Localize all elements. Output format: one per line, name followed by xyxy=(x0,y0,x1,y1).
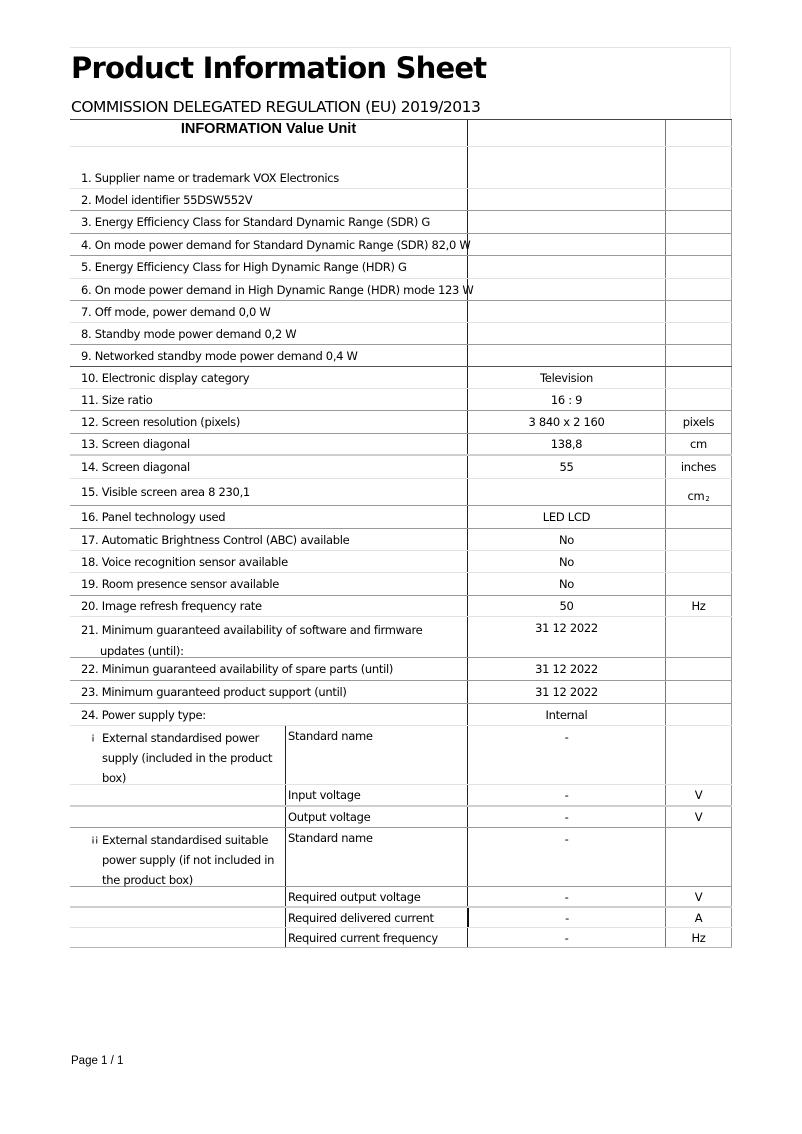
item-label: 15. Visible screen area 8 230,1 xyxy=(70,479,467,505)
header-unit-cell xyxy=(665,120,732,146)
table-row: 10. Electronic display categoryTelevisio… xyxy=(70,367,732,389)
table-row: 18. Voice recognition sensor availableNo xyxy=(70,551,732,573)
table-row: 16. Panel technology usedLED LCD xyxy=(70,506,732,529)
item-label-text: 2. Model identifier 55DSW552V xyxy=(81,193,252,207)
item-unit: Hz xyxy=(665,596,732,616)
item-label: 20. Image refresh frequency rate xyxy=(70,596,467,616)
table-header-row: INFORMATION Value Unit xyxy=(70,119,732,147)
item-value xyxy=(467,211,665,233)
item-unit xyxy=(665,367,732,388)
table-row: 20. Image refresh frequency rate50Hz xyxy=(70,596,732,617)
document-title: Product Information Sheet xyxy=(71,48,486,88)
param-label: Required delivered current xyxy=(285,908,467,927)
item-label-text: 11. Size ratio xyxy=(81,393,153,407)
table-row: 24. Power supply type:Internal xyxy=(70,704,732,726)
item-value xyxy=(467,189,665,210)
table-row: 1. Supplier name or trademark VOX Electr… xyxy=(70,147,732,189)
item-label-text: 10. Electronic display category xyxy=(81,371,249,385)
item-label: 5. Energy Efficiency Class for High Dyna… xyxy=(70,256,467,278)
item-value xyxy=(467,323,665,344)
param-label: Output voltage xyxy=(285,807,467,827)
item-label-text: 1. Supplier name or trademark VOX Electr… xyxy=(81,171,339,185)
page-indicator: Page 1 / 1 xyxy=(71,1055,123,1067)
item-unit: pixels xyxy=(665,411,732,433)
item-label-text: 17. Automatic Brightness Control (ABC) a… xyxy=(81,533,349,547)
item-label-text: 20. Image refresh frequency rate xyxy=(81,599,262,613)
item-unit xyxy=(665,658,732,680)
item-unit xyxy=(665,506,732,528)
item-label-text: 6. On mode power demand in High Dynamic … xyxy=(81,283,473,297)
item-value: No xyxy=(467,551,665,572)
information-table: INFORMATION Value Unit 1. Supplier name … xyxy=(70,119,732,948)
table-row: 15. Visible screen area 8 230,1cm2 xyxy=(70,479,732,506)
item-unit xyxy=(665,189,732,210)
table-row: 12. Screen resolution (pixels)3 840 x 2 … xyxy=(70,411,732,434)
power-supply-i-description: External standardised power supply (incl… xyxy=(102,726,285,788)
power-supply-i-output-row: Output voltage - V xyxy=(70,807,732,828)
item-label-text: 16. Panel technology used xyxy=(81,510,225,524)
item-value: 16 : 9 xyxy=(467,389,665,410)
item-unit xyxy=(665,389,732,410)
item-label-text: 24. Power supply type: xyxy=(81,708,206,722)
item-label: 21. Minimum guaranteed availability of s… xyxy=(70,617,467,657)
item-label-text: 23. Minimum guaranteed product support (… xyxy=(81,685,347,699)
item-label-text: 8. Standby mode power demand 0,2 W xyxy=(81,327,296,341)
power-supply-ii-current-row: Required delivered current - A xyxy=(70,908,732,928)
table-row: 5. Energy Efficiency Class for High Dyna… xyxy=(70,256,732,279)
item-label-text: 5. Energy Efficiency Class for High Dyna… xyxy=(81,260,407,274)
item-unit xyxy=(665,345,732,366)
item-label: 6. On mode power demand in High Dynamic … xyxy=(70,279,467,300)
item-label: 4. On mode power demand for Standard Dyn… xyxy=(70,234,467,255)
item-label: 13. Screen diagonal xyxy=(70,434,467,454)
item-value: 31 12 2022 xyxy=(467,617,665,657)
item-value: 31 12 2022 xyxy=(467,658,665,680)
item-label-text: 18. Voice recognition sensor available xyxy=(81,555,288,569)
item-unit xyxy=(665,234,732,255)
regulation-subtitle: COMMISSION DELEGATED REGULATION (EU) 201… xyxy=(71,96,480,118)
item-label-text: 15. Visible screen area 8 230,1 xyxy=(81,485,250,499)
item-label: 18. Voice recognition sensor available xyxy=(70,551,467,572)
param-unit: V xyxy=(665,807,732,827)
table-row: 6. On mode power demand in High Dynamic … xyxy=(70,279,732,301)
table-row: 22. Minimun guaranteed availability of s… xyxy=(70,658,732,681)
item-unit xyxy=(665,147,732,188)
table-row: 8. Standby mode power demand 0,2 W xyxy=(70,323,732,345)
item-label: 23. Minimum guaranteed product support (… xyxy=(70,681,467,703)
item-label-text: 13. Screen diagonal xyxy=(81,437,190,451)
item-label-text: 9. Networked standby mode power demand 0… xyxy=(81,349,358,363)
table-row: 23. Minimum guaranteed product support (… xyxy=(70,681,732,704)
item-unit xyxy=(665,211,732,233)
item-label-line: 21. Minimum guaranteed availability of s… xyxy=(81,620,422,641)
table-row: 2. Model identifier 55DSW552V xyxy=(70,189,732,211)
param-value: - xyxy=(467,807,665,827)
item-label-text: 22. Minimun guaranteed availability of s… xyxy=(81,662,393,676)
item-value: No xyxy=(467,529,665,550)
item-unit xyxy=(665,681,732,703)
item-unit: cm2 xyxy=(665,479,732,505)
item-label: 17. Automatic Brightness Control (ABC) a… xyxy=(70,529,467,550)
param-label: Standard name xyxy=(285,828,467,886)
item-unit xyxy=(665,301,732,322)
power-supply-ii-voltage-row: Required output voltage - V xyxy=(70,887,732,908)
item-label-text: 19. Room presence sensor available xyxy=(81,577,279,591)
item-label: 3. Energy Efficiency Class for Standard … xyxy=(70,211,467,233)
item-label: 7. Off mode, power demand 0,0 W xyxy=(70,301,467,322)
item-label: 12. Screen resolution (pixels) xyxy=(70,411,467,433)
table-row: 14. Screen diagonal55inches xyxy=(70,456,732,479)
item-unit-text: pixels xyxy=(683,415,714,429)
param-unit xyxy=(665,726,732,784)
item-value: 3 840 x 2 160 xyxy=(467,411,665,433)
param-unit xyxy=(665,828,732,886)
table-row: 3. Energy Efficiency Class for Standard … xyxy=(70,211,732,234)
item-label: 24. Power supply type: xyxy=(70,704,467,725)
param-value: - xyxy=(467,726,665,784)
table-row: 7. Off mode, power demand 0,0 W xyxy=(70,301,732,323)
header-label: INFORMATION Value Unit xyxy=(70,120,467,146)
item-value: 55 xyxy=(467,456,665,478)
item-unit xyxy=(665,256,732,278)
param-label: Input voltage xyxy=(285,785,467,805)
item-unit xyxy=(665,704,732,725)
item-label-text: 12. Screen resolution (pixels) xyxy=(81,415,240,429)
item-unit xyxy=(665,279,732,300)
item-unit xyxy=(665,617,732,657)
power-supply-ii-row: ¡¡ External standardised suitable power … xyxy=(70,828,732,887)
item-unit-text: cm xyxy=(690,437,707,451)
power-supply-ii-frequency-row: Required current frequency - Hz xyxy=(70,928,732,948)
item-label: 16. Panel technology used xyxy=(70,506,467,528)
item-value: Television xyxy=(467,367,665,388)
item-value xyxy=(467,345,665,366)
item-unit: cm xyxy=(665,434,732,454)
header-value-cell xyxy=(467,120,665,146)
item-value: LED LCD xyxy=(467,506,665,528)
item-unit xyxy=(665,323,732,344)
power-supply-i-input-row: Input voltage - V xyxy=(70,785,732,807)
table-row: 9. Networked standby mode power demand 0… xyxy=(70,345,732,367)
item-label-text: 14. Screen diagonal xyxy=(81,460,190,474)
item-value xyxy=(467,234,665,255)
table-row: 21. Minimum guaranteed availability of s… xyxy=(70,617,732,658)
power-supply-ii-label: ¡¡ External standardised suitable power … xyxy=(70,828,285,886)
param-unit: A xyxy=(665,908,732,927)
table-row: 13. Screen diagonal138,8cm xyxy=(70,434,732,456)
param-unit: Hz xyxy=(665,928,732,947)
item-value xyxy=(467,279,665,300)
item-value: Internal xyxy=(467,704,665,725)
item-value xyxy=(467,301,665,322)
item-unit-text: cm xyxy=(687,489,704,503)
item-unit-text: Hz xyxy=(691,599,705,613)
table-row: 4. On mode power demand for Standard Dyn… xyxy=(70,234,732,256)
item-unit xyxy=(665,551,732,572)
item-label: 14. Screen diagonal xyxy=(70,456,467,478)
param-value: - xyxy=(467,928,665,947)
item-value: No xyxy=(467,573,665,595)
table-row: 17. Automatic Brightness Control (ABC) a… xyxy=(70,529,732,551)
item-unit xyxy=(665,573,732,595)
item-label-text: 3. Energy Efficiency Class for Standard … xyxy=(81,215,430,229)
item-value xyxy=(467,256,665,278)
power-supply-ii-description: External standardised suitable power sup… xyxy=(102,828,285,890)
power-supply-i-label: ¡ External standardised power supply (in… xyxy=(70,726,285,784)
item-label: 2. Model identifier 55DSW552V xyxy=(70,189,467,210)
param-label: Standard name xyxy=(285,726,467,784)
item-value: 50 xyxy=(467,596,665,616)
item-value xyxy=(467,479,665,505)
param-value: - xyxy=(467,785,665,805)
param-label: Required current frequency xyxy=(285,928,467,947)
item-label: 11. Size ratio xyxy=(70,389,467,410)
item-label: 8. Standby mode power demand 0,2 W xyxy=(70,323,467,344)
item-unit-text: inches xyxy=(681,460,716,474)
item-label: 9. Networked standby mode power demand 0… xyxy=(70,345,467,366)
item-unit: inches xyxy=(665,456,732,478)
param-label: Required output voltage xyxy=(285,887,467,906)
table-row: 19. Room presence sensor availableNo xyxy=(70,573,732,596)
table-row: 11. Size ratio16 : 9 xyxy=(70,389,732,411)
param-value: - xyxy=(467,887,665,906)
unit-superscript: 2 xyxy=(705,495,709,503)
param-unit: V xyxy=(665,887,732,906)
item-unit xyxy=(665,529,732,550)
item-value: 138,8 xyxy=(467,434,665,454)
param-value: - xyxy=(467,908,665,927)
item-label: 1. Supplier name or trademark VOX Electr… xyxy=(70,147,467,188)
item-label: 10. Electronic display category xyxy=(70,367,467,388)
power-supply-i-row: ¡ External standardised power supply (in… xyxy=(70,726,732,785)
item-label: 22. Minimun guaranteed availability of s… xyxy=(70,658,467,680)
item-marker: ¡¡ xyxy=(81,828,102,845)
param-unit: V xyxy=(665,785,732,805)
item-label-text: 4. On mode power demand for Standard Dyn… xyxy=(81,238,470,252)
item-value: 31 12 2022 xyxy=(467,681,665,703)
item-marker: ¡ xyxy=(81,726,102,743)
item-label-text: 7. Off mode, power demand 0,0 W xyxy=(81,305,270,319)
item-value xyxy=(467,147,665,188)
item-label: 19. Room presence sensor available xyxy=(70,573,467,595)
param-value: - xyxy=(467,828,665,886)
